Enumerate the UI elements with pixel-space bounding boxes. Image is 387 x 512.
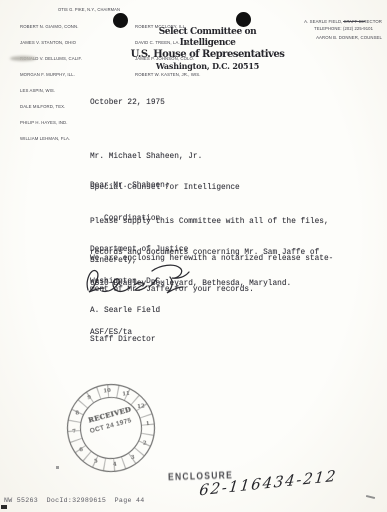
salutation: Dear Mr. Shaheen: xyxy=(90,181,170,191)
stamp-dial-number: 3 xyxy=(131,455,135,461)
scan-smudge xyxy=(10,56,36,61)
stamp-dial-number: 8 xyxy=(75,410,79,416)
stamp-dial-number: 9 xyxy=(87,395,91,401)
stamp-dial-number: 11 xyxy=(122,391,130,398)
letter-date: October 22, 1975 xyxy=(90,98,165,108)
letterhead-titles: Select Committee on Intelligence U.S. Ho… xyxy=(130,27,285,71)
letterhead-phone: TELEPHONE: (202) 225-9101 xyxy=(314,26,373,31)
stamp-dial-number: 5 xyxy=(94,459,98,465)
member-name: LES ASPIN, WIS. xyxy=(20,88,82,93)
member-name: ROBERT W. KASTEN, JR., WIS. xyxy=(135,72,201,77)
ink-dot xyxy=(236,12,251,27)
archive-footer: NW 55263 DocId:32989615 Page 44 xyxy=(4,497,144,504)
stamp-dial-number: 2 xyxy=(143,440,147,446)
scan-speck xyxy=(366,495,375,499)
ink-dot xyxy=(113,13,128,28)
stamp-dial-number: 12 xyxy=(137,403,145,410)
signer-name: A. Searle Field xyxy=(90,307,160,317)
member-name: WILLIAM LEHMAN, FLA. xyxy=(20,136,82,141)
stamp-dial-number: 1 xyxy=(146,421,150,427)
counsel-line: AARON B. DONNER, COUNSEL xyxy=(304,35,382,40)
scan-speck xyxy=(56,466,59,469)
member-name: ROBERT N. GIAIMO, CONN. xyxy=(20,24,82,29)
stamp-dial-number: 7 xyxy=(72,429,76,435)
reference-initials: ASF/ES/ta xyxy=(90,328,132,338)
house-name: U.S. House of Representatives xyxy=(130,49,285,61)
scanned-letter-page: OTIS G. PIKE, N.Y., CHAIRMAN ROBERT N. G… xyxy=(0,0,387,512)
stamp-dial-number: 4 xyxy=(113,462,117,468)
scan-speck xyxy=(1,505,7,509)
received-stamp: 101112123456789 RECEIVED OCT 24 1975 xyxy=(62,379,161,478)
letterhead-members-column-1: ROBERT N. GIAIMO, CONN. JAMES V. STANTON… xyxy=(20,13,82,152)
signer-block: A. Searle Field Staff Director xyxy=(90,288,160,365)
city-zip: Washington, D.C. 20515 xyxy=(130,61,285,71)
stamp-dial-number: 10 xyxy=(103,388,111,395)
body-line: Please supply this Committee with all of… xyxy=(90,217,329,227)
letterhead-rule xyxy=(343,21,365,22)
member-name: MORGAN F. MURPHY, ILL. xyxy=(20,72,82,77)
member-name: JAMES V. STANTON, OHIO xyxy=(20,40,82,45)
committee-name: Select Committee on Intelligence xyxy=(130,27,285,49)
stamp-dial-number: 6 xyxy=(79,447,83,453)
member-name: DALE MILFORD, TEX. xyxy=(20,104,82,109)
letterhead-chairman: OTIS G. PIKE, N.Y., CHAIRMAN xyxy=(46,7,132,12)
recipient-line: Mr. Michael Shaheen, Jr. xyxy=(90,152,240,162)
scan-speck xyxy=(186,42,189,45)
member-name: PHILIP H. HAYES, IND. xyxy=(20,120,82,125)
